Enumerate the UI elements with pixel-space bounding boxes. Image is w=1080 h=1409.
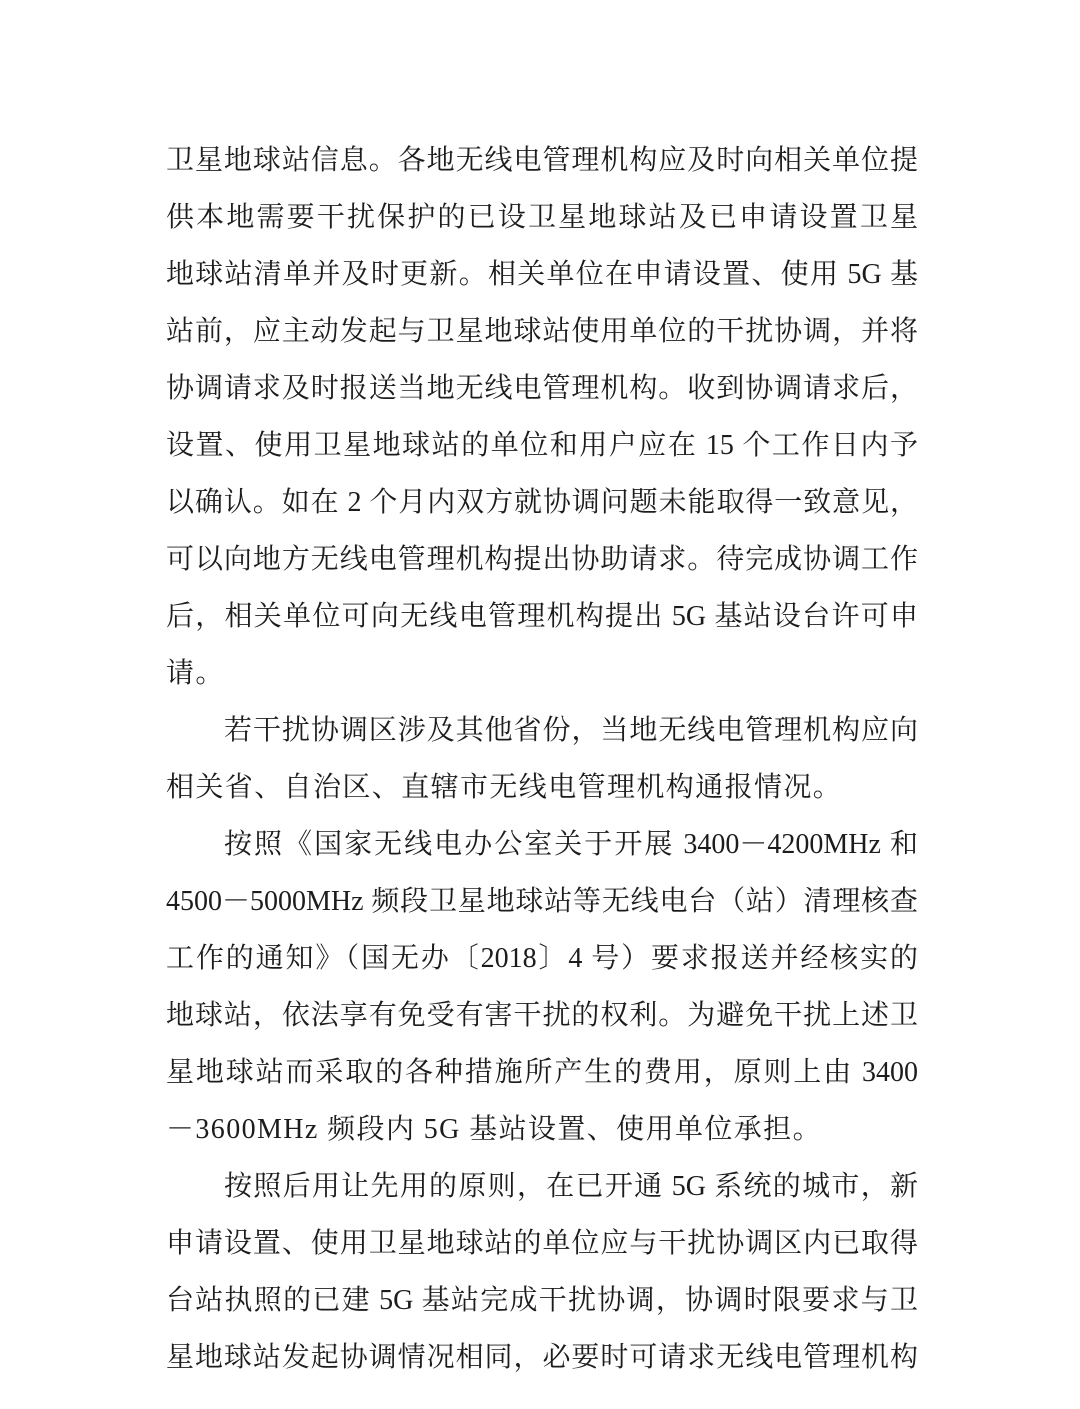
- paragraph-1-line-10: 请。: [166, 654, 918, 694]
- paragraph-3-line-2: 4500－5000MHz 频段卫星地球站等无线电台（站）清理核查: [166, 882, 918, 922]
- paragraph-3-line-4: 地球站，依法享有免受有害干扰的权利。为避免干扰上述卫: [166, 996, 918, 1036]
- paragraph-3-line-1: 按照《国家无线电办公室关于开展 3400－4200MHz 和: [224, 825, 918, 865]
- paragraph-1-line-9: 后，相关单位可向无线电管理机构提出 5G 基站设台许可申: [166, 597, 918, 637]
- paragraph-4-line-4: 星地球站发起协调情况相同，必要时可请求无线电管理机构: [166, 1338, 918, 1378]
- paragraph-1-line-3: 地球站清单并及时更新。相关单位在申请设置、使用 5G 基: [166, 255, 918, 295]
- paragraph-1-line-4: 站前，应主动发起与卫星地球站使用单位的干扰协调，并将: [166, 312, 918, 352]
- paragraph-4-line-2: 申请设置、使用卫星地球站的单位应与干扰协调区内已取得: [166, 1224, 918, 1264]
- paragraph-3-line-3: 工作的通知》（国无办〔2018〕4 号）要求报送并经核实的: [166, 939, 918, 979]
- paragraph-3-line-5: 星地球站而采取的各种措施所产生的费用，原则上由 3400: [166, 1053, 918, 1093]
- paragraph-1-line-6: 设置、使用卫星地球站的单位和用户应在 15 个工作日内予: [166, 426, 918, 466]
- document-page: 卫星地球站信息。各地无线电管理机构应及时向相关单位提 供本地需要干扰保护的已设卫…: [0, 0, 1080, 1409]
- paragraph-1-line-8: 可以向地方无线电管理机构提出协助请求。待完成协调工作: [166, 540, 918, 580]
- paragraph-2-line-1: 若干扰协调区涉及其他省份，当地无线电管理机构应向: [224, 711, 918, 751]
- paragraph-1-line-5: 协调请求及时报送当地无线电管理机构。收到协调请求后，: [166, 369, 918, 409]
- paragraph-1-line-7: 以确认。如在 2 个月内双方就协调问题未能取得一致意见，: [166, 483, 918, 523]
- paragraph-1-line-1: 卫星地球站信息。各地无线电管理机构应及时向相关单位提: [166, 141, 918, 181]
- paragraph-2-line-2: 相关省、自治区、直辖市无线电管理机构通报情况。: [166, 768, 918, 808]
- paragraph-3-line-6: －3600MHz 频段内 5G 基站设置、使用单位承担。: [166, 1110, 918, 1150]
- paragraph-4-line-1: 按照后用让先用的原则，在已开通 5G 系统的城市，新: [224, 1167, 918, 1207]
- paragraph-4-line-3: 台站执照的已建 5G 基站完成干扰协调，协调时限要求与卫: [166, 1281, 918, 1321]
- paragraph-1-line-2: 供本地需要干扰保护的已设卫星地球站及已申请设置卫星: [166, 198, 918, 238]
